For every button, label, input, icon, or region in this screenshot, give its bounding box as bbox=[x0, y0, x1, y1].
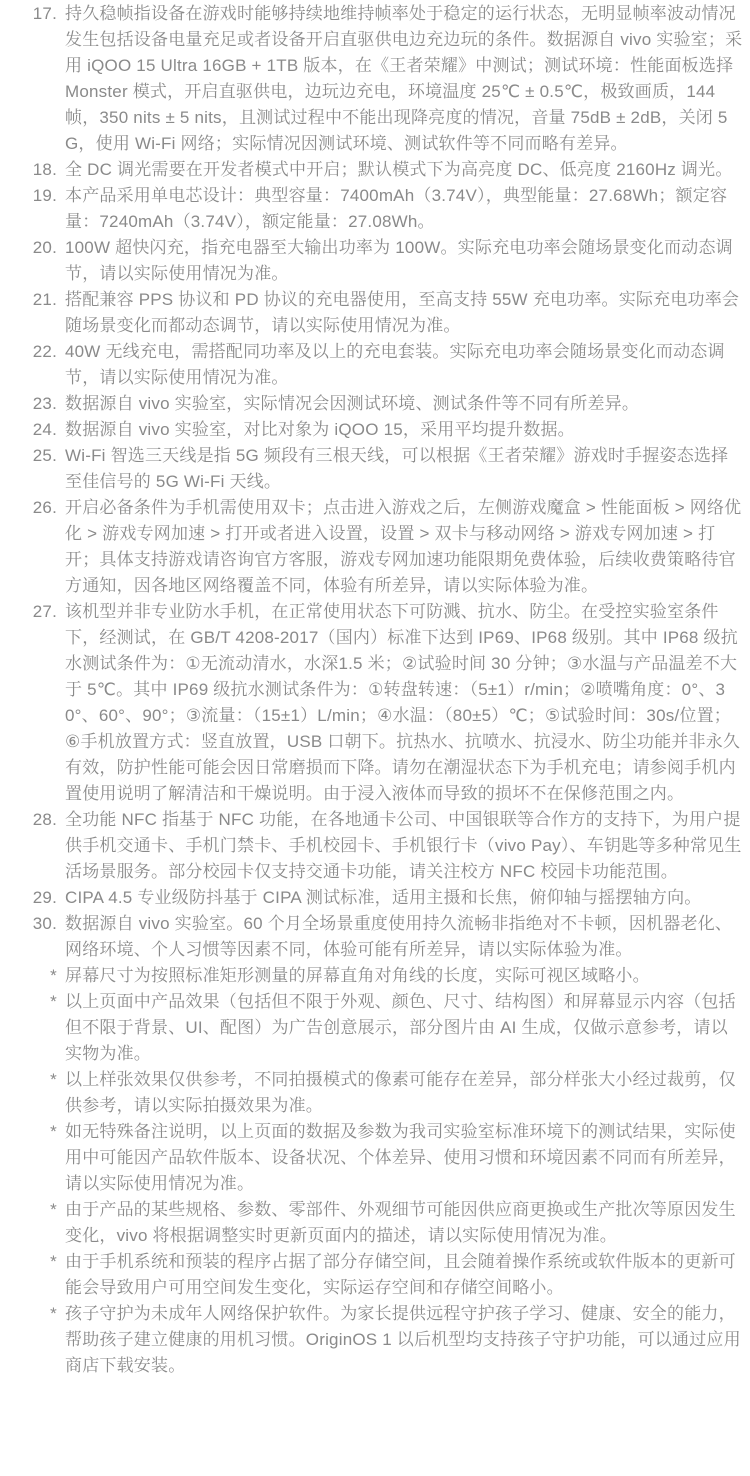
footnote-asterisk: * bbox=[0, 1119, 57, 1145]
footnote-22: 22. 40W 无线充电，需搭配同功率及以上的充电套装。实际充电功率会随场景变化… bbox=[0, 339, 745, 391]
footnote-number: 23. bbox=[0, 391, 57, 417]
footnote-number: 25. bbox=[0, 443, 57, 469]
footnote-text: 数据源自 vivo 实验室。60 个月全场景重度使用持久流畅非指绝对不卡顿，因机… bbox=[65, 911, 745, 963]
footnote-27: 27. 该机型并非专业防水手机，在正常使用状态下可防溅、抗水、防尘。在受控实验室… bbox=[0, 599, 745, 807]
footnote-25: 25. Wi-Fi 智选三天线是指 5G 频段有三根天线，可以根据《王者荣耀》游… bbox=[0, 443, 745, 495]
footnote-17: 17. 持久稳帧指设备在游戏时能够持续地维持帧率处于稳定的运行状态，无明显帧率波… bbox=[0, 1, 745, 157]
footnote-18: 18. 全 DC 调光需要在开发者模式中开启；默认模式下为高亮度 DC、低亮度 … bbox=[0, 157, 745, 183]
footnote-24: 24. 数据源自 vivo 实验室，对比对象为 iQOO 15，采用平均提升数据… bbox=[0, 417, 745, 443]
footnote-number: 26. bbox=[0, 495, 57, 521]
footnote-text: Wi-Fi 智选三天线是指 5G 频段有三根天线，可以根据《王者荣耀》游戏时手握… bbox=[65, 443, 745, 495]
footnote-text: 屏幕尺寸为按照标准矩形测量的屏幕直角对角线的长度，实际可视区域略小。 bbox=[65, 963, 745, 989]
footnote-star-ad-display: * 以上页面中产品效果（包括但不限于外观、颜色、尺寸、结构图）和屏幕显示内容（包… bbox=[0, 989, 745, 1067]
footnote-asterisk: * bbox=[0, 1249, 57, 1275]
footnote-star-storage-space: * 由于手机系统和预装的程序占据了部分存储空间，且会随着操作系统或软件版本的更新… bbox=[0, 1249, 745, 1301]
footnote-number: 28. bbox=[0, 807, 57, 833]
footnote-29: 29. CIPA 4.5 专业级防抖基于 CIPA 测试标准，适用主摄和长焦，俯… bbox=[0, 885, 745, 911]
footnote-number: 24. bbox=[0, 417, 57, 443]
footnote-19: 19. 本产品采用单电芯设计：典型容量：7400mAh（3.74V），典型能量：… bbox=[0, 183, 745, 235]
footnotes-section: 17. 持久稳帧指设备在游戏时能够持续地维持帧率处于稳定的运行状态，无明显帧率波… bbox=[0, 0, 750, 1379]
footnote-text: 以上样张效果仅供参考，不同拍摄模式的像素可能存在差异，部分样张大小经过裁剪，仅供… bbox=[65, 1067, 745, 1119]
footnote-number: 18. bbox=[0, 157, 57, 183]
footnote-text: 由于产品的某些规格、参数、零部件、外观细节可能因供应商更换或生产批次等原因发生变… bbox=[65, 1197, 745, 1249]
footnote-number: 20. bbox=[0, 235, 57, 261]
footnote-text: 数据源自 vivo 实验室，实际情况会因测试环境、测试条件等不同有所差异。 bbox=[65, 391, 745, 417]
footnote-number: 17. bbox=[0, 1, 57, 27]
footnote-asterisk: * bbox=[0, 963, 57, 989]
footnote-star-kids-guard: * 孩子守护为未成年人网络保护软件。为家长提供远程守护孩子学习、健康、安全的能力… bbox=[0, 1301, 745, 1379]
footnote-text: 由于手机系统和预装的程序占据了部分存储空间，且会随着操作系统或软件版本的更新可能… bbox=[65, 1249, 745, 1301]
footnote-number: 29. bbox=[0, 885, 57, 911]
footnote-text: 全 DC 调光需要在开发者模式中开启；默认模式下为高亮度 DC、低亮度 2160… bbox=[65, 157, 745, 183]
footnote-text: 本产品采用单电芯设计：典型容量：7400mAh（3.74V），典型能量：27.6… bbox=[65, 183, 745, 235]
footnote-number: 30. bbox=[0, 911, 57, 937]
footnote-text: CIPA 4.5 专业级防抖基于 CIPA 测试标准，适用主摄和长焦，俯仰轴与摇… bbox=[65, 885, 745, 911]
footnote-text: 孩子守护为未成年人网络保护软件。为家长提供远程守护孩子学习、健康、安全的能力，帮… bbox=[65, 1301, 745, 1379]
footnote-asterisk: * bbox=[0, 989, 57, 1015]
footnote-text: 40W 无线充电，需搭配同功率及以上的充电套装。实际充电功率会随场景变化而动态调… bbox=[65, 339, 745, 391]
footnote-text: 以上页面中产品效果（包括但不限于外观、颜色、尺寸、结构图）和屏幕显示内容（包括但… bbox=[65, 989, 745, 1067]
footnote-star-screen-size: * 屏幕尺寸为按照标准矩形测量的屏幕直角对角线的长度，实际可视区域略小。 bbox=[0, 963, 745, 989]
footnote-asterisk: * bbox=[0, 1197, 57, 1223]
footnote-number: 22. bbox=[0, 339, 57, 365]
footnote-star-spec-changes: * 由于产品的某些规格、参数、零部件、外观细节可能因供应商更换或生产批次等原因发… bbox=[0, 1197, 745, 1249]
footnote-number: 19. bbox=[0, 183, 57, 209]
footnote-20: 20. 100W 超快闪充，指充电器至大输出功率为 100W。实际充电功率会随场… bbox=[0, 235, 745, 287]
footnote-26: 26. 开启必备条件为手机需使用双卡；点击进入游戏之后，左侧游戏魔盒 > 性能面… bbox=[0, 495, 745, 599]
footnote-number: 27. bbox=[0, 599, 57, 625]
footnote-text: 全功能 NFC 指基于 NFC 功能，在各地通卡公司、中国银联等合作方的支持下，… bbox=[65, 807, 745, 885]
footnote-number: 21. bbox=[0, 287, 57, 313]
footnote-asterisk: * bbox=[0, 1067, 57, 1093]
footnote-text: 100W 超快闪充，指充电器至大输出功率为 100W。实际充电功率会随场景变化而… bbox=[65, 235, 745, 287]
footnote-text: 数据源自 vivo 实验室，对比对象为 iQOO 15，采用平均提升数据。 bbox=[65, 417, 745, 443]
footnote-23: 23. 数据源自 vivo 实验室，实际情况会因测试环境、测试条件等不同有所差异… bbox=[0, 391, 745, 417]
footnote-text: 该机型并非专业防水手机，在正常使用状态下可防溅、抗水、防尘。在受控实验室条件下，… bbox=[65, 599, 745, 807]
footnote-text: 开启必备条件为手机需使用双卡；点击进入游戏之后，左侧游戏魔盒 > 性能面板 > … bbox=[65, 495, 745, 599]
footnote-30: 30. 数据源自 vivo 实验室。60 个月全场景重度使用持久流畅非指绝对不卡… bbox=[0, 911, 745, 963]
footnote-star-sample-photos: * 以上样张效果仅供参考，不同拍摄模式的像素可能存在差异，部分样张大小经过裁剪，… bbox=[0, 1067, 745, 1119]
footnote-28: 28. 全功能 NFC 指基于 NFC 功能，在各地通卡公司、中国银联等合作方的… bbox=[0, 807, 745, 885]
footnote-asterisk: * bbox=[0, 1301, 57, 1327]
footnote-text: 持久稳帧指设备在游戏时能够持续地维持帧率处于稳定的运行状态，无明显帧率波动情况发… bbox=[65, 1, 745, 157]
footnote-text: 如无特殊备注说明，以上页面的数据及参数为我司实验室标准环境下的测试结果，实际使用… bbox=[65, 1119, 745, 1197]
footnote-text: 搭配兼容 PPS 协议和 PD 协议的充电器使用，至高支持 55W 充电功率。实… bbox=[65, 287, 745, 339]
footnote-star-lab-data: * 如无特殊备注说明，以上页面的数据及参数为我司实验室标准环境下的测试结果，实际… bbox=[0, 1119, 745, 1197]
footnote-21: 21. 搭配兼容 PPS 协议和 PD 协议的充电器使用，至高支持 55W 充电… bbox=[0, 287, 745, 339]
